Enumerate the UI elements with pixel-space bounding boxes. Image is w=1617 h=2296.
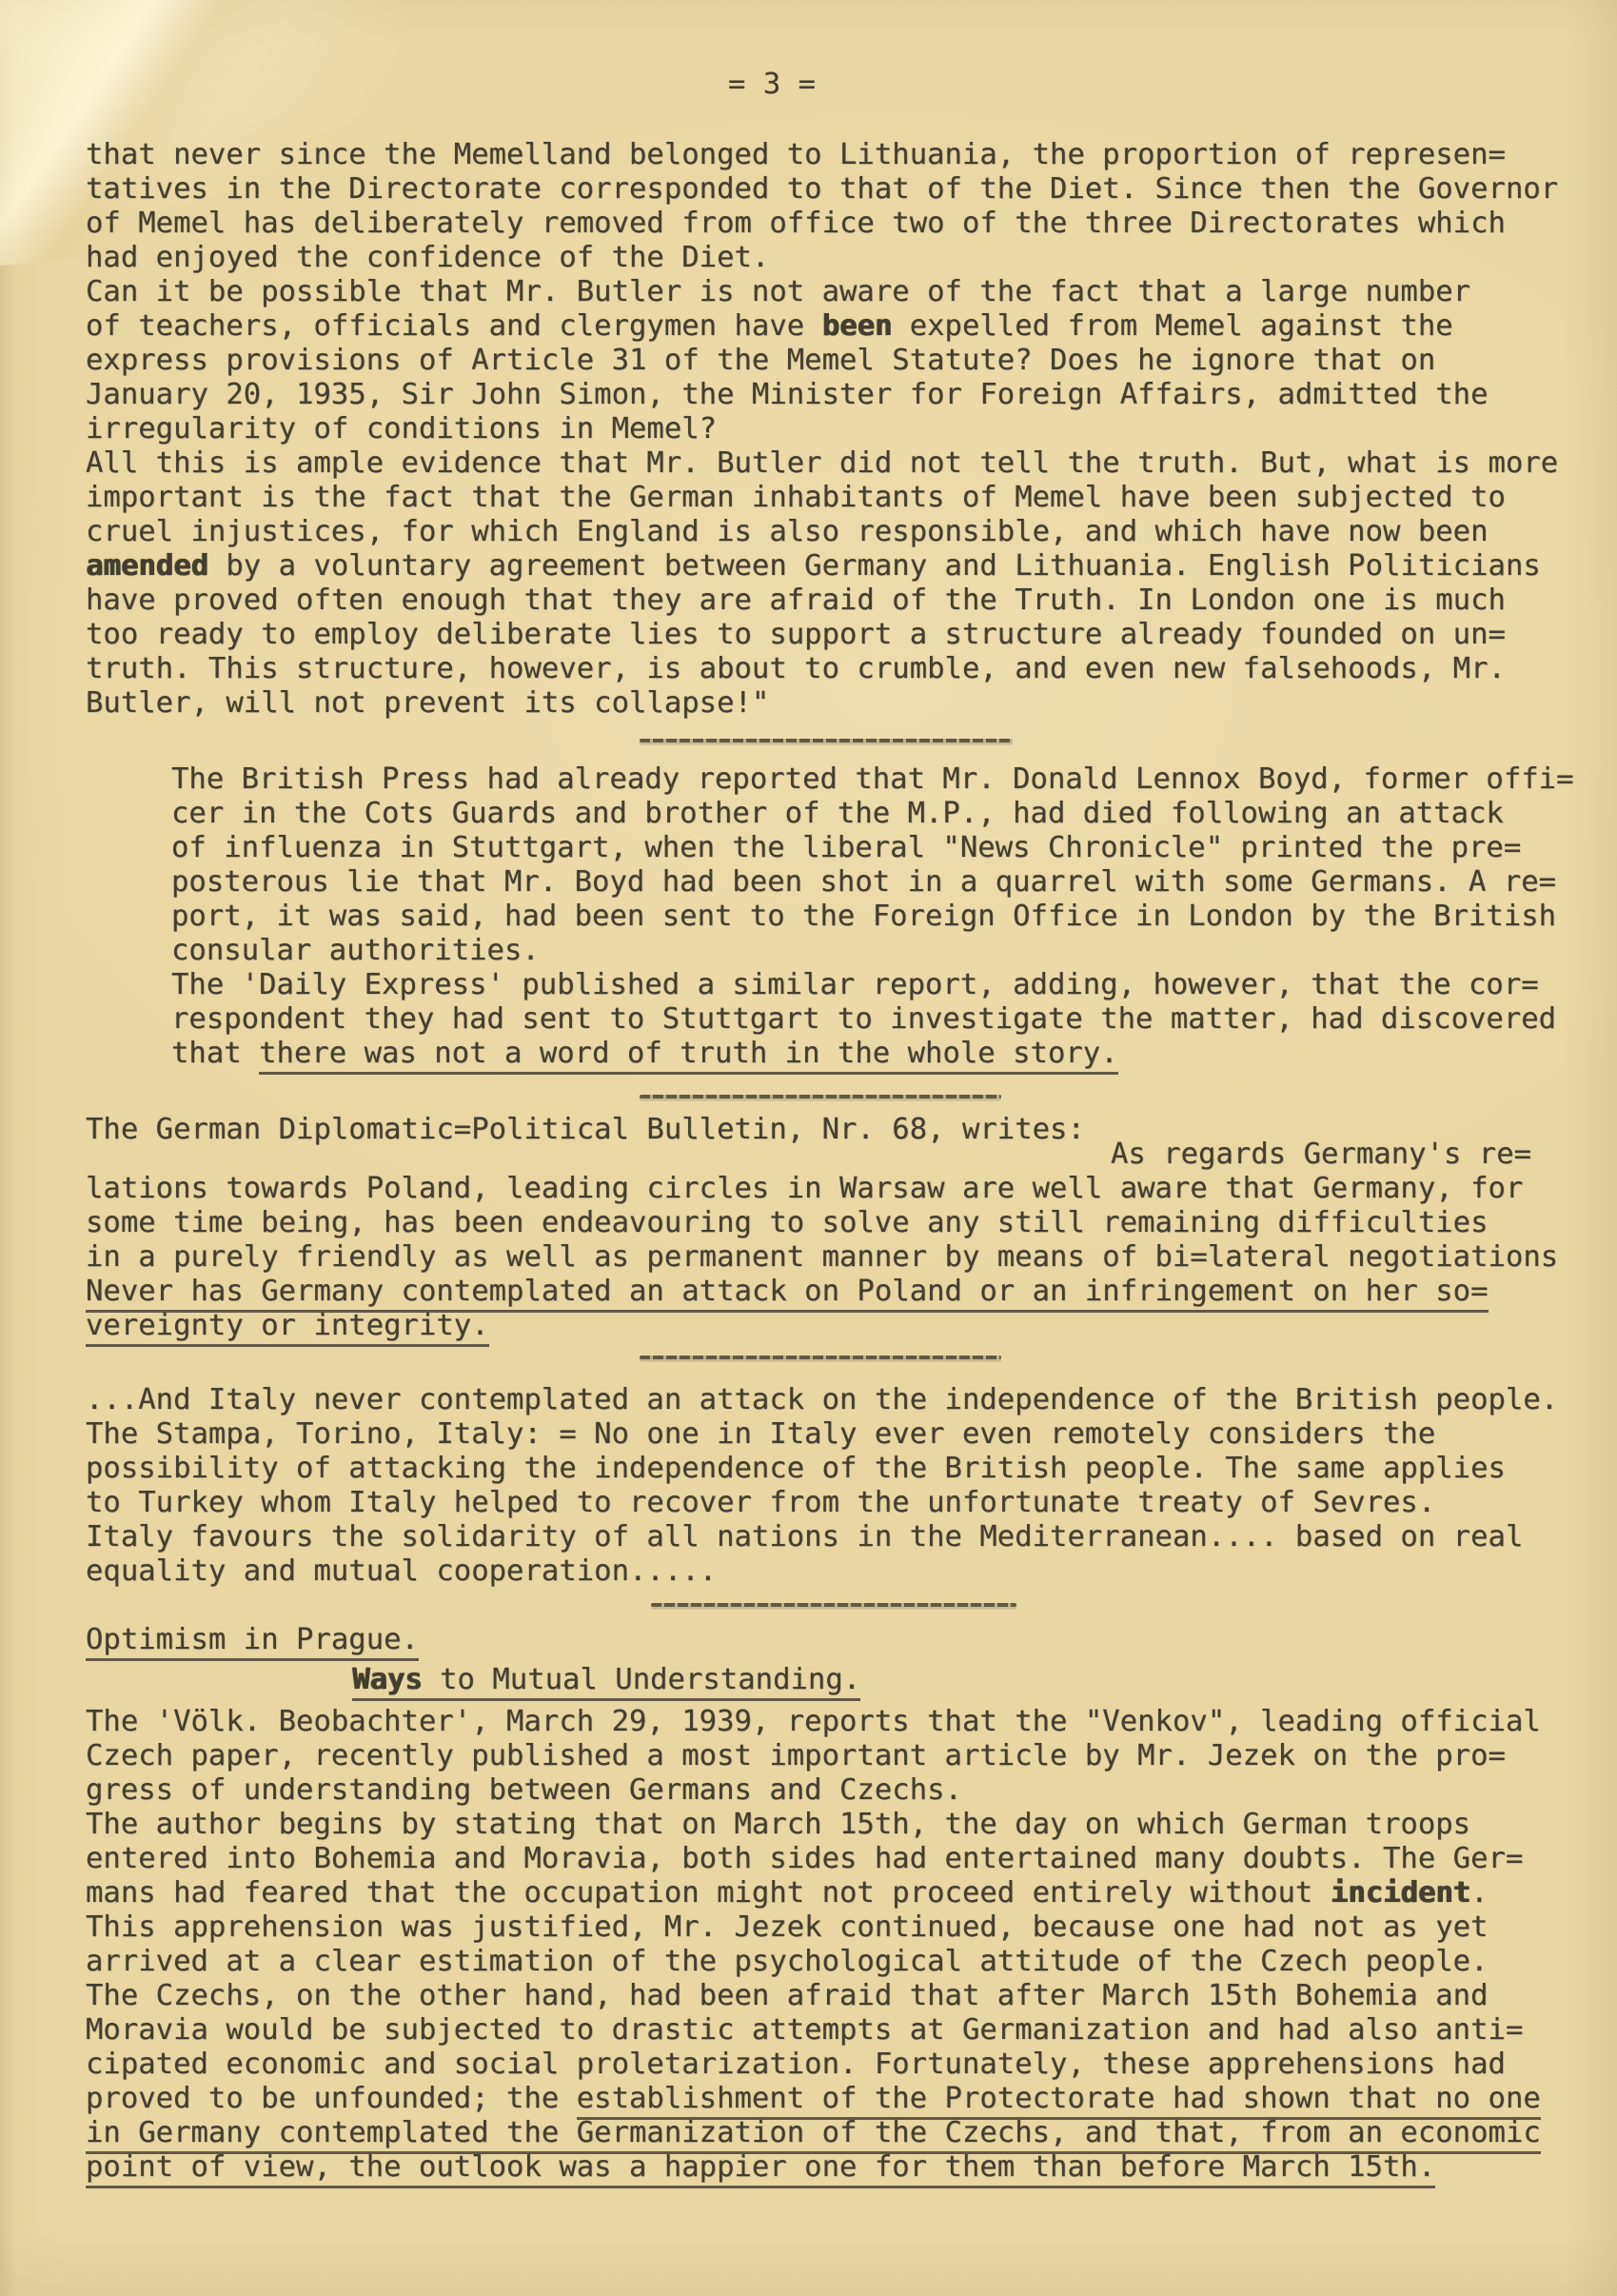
text-segment: consular authorities. <box>171 934 540 967</box>
text-line: have proved often enough that they are a… <box>86 584 1558 618</box>
text-segment: been <box>822 309 893 343</box>
text-segment: that <box>171 1037 259 1070</box>
bulletin-intro-line: The German Diplomatic=Political Bulletin… <box>86 1113 1085 1147</box>
text-segment: Moravia would be subjected to drastic at… <box>86 2013 1523 2047</box>
text-segment: The 'Daily Express' published a similar … <box>171 968 1539 1001</box>
text-segment: tatives in the Directorate corresponded … <box>86 172 1558 206</box>
text-segment: entered into Bohemia and Moravia, both s… <box>86 1842 1523 1875</box>
text-line: Can it be possible that Mr. Butler is no… <box>86 275 1558 309</box>
text-line: arrived at a clear estimation of the psy… <box>86 1945 1541 1979</box>
text-line: that never since the Memelland belonged … <box>86 138 1558 172</box>
text-segment: had enjoyed the confidence of the Diet. <box>86 241 769 274</box>
text-line: The German Diplomatic=Political Bulletin… <box>86 1113 1085 1147</box>
heading-optimism-in-prague: Optimism in Prague. <box>86 1623 419 1657</box>
text-segment: All this is ample evidence that Mr. Butl… <box>86 446 1558 480</box>
text-segment: in a purely friendly as well as permanen… <box>86 1240 1558 1274</box>
text-line: cipated economic and social proletarizat… <box>86 2048 1541 2082</box>
text-line: Optimism in Prague. <box>86 1623 419 1657</box>
text-line: The British Press had already reported t… <box>171 762 1574 797</box>
text-segment: The author begins by stating that on Mar… <box>86 1808 1470 1841</box>
underlined-text: point of view, the outlook was a happier… <box>86 2150 1435 2188</box>
text-line: posterous lie that Mr. Boyd had been sho… <box>171 865 1574 900</box>
text-segment: express provisions of Article 31 of the … <box>86 344 1435 377</box>
underlined-text: there was not a word of truth in the who… <box>259 1037 1118 1075</box>
text-line: that there was not a word of truth in th… <box>171 1037 1574 1071</box>
text-line: important is the fact that the German in… <box>86 481 1558 515</box>
text-line: too ready to employ deliberate lies to s… <box>86 618 1558 652</box>
text-line: lations towards Poland, leading circles … <box>86 1172 1558 1206</box>
text-line: port, it was said, had been sent to the … <box>171 900 1574 934</box>
text-line: The 'Daily Express' published a similar … <box>171 968 1574 1002</box>
text-segment: Italy favours the solidarity of all nati… <box>86 1520 1523 1554</box>
text-segment: respondent they had sent to Stuttgart to… <box>171 1002 1556 1036</box>
underlined-text: Optimism in Prague. <box>86 1623 419 1661</box>
text-line: truth. This structure, however, is about… <box>86 652 1558 686</box>
paragraph-british-press: The British Press had already reported t… <box>171 762 1574 1071</box>
text-line: Czech paper, recently published a most i… <box>86 1739 1541 1773</box>
section-divider-rule <box>640 1356 1001 1359</box>
underlined-text: in Germany contemplated the Germanizatio… <box>86 2116 1541 2154</box>
text-segment: port, it was said, had been sent to the … <box>171 900 1556 933</box>
text-segment: The British Press had already reported t… <box>171 762 1574 796</box>
text-segment: incident <box>1331 1876 1470 1910</box>
text-segment: . <box>1470 1876 1488 1910</box>
underlined-text: to Mutual Understanding. <box>423 1663 860 1701</box>
text-line: amended by a voluntary agreement between… <box>86 549 1558 584</box>
text-line: irregularity of conditions in Memel? <box>86 412 1558 446</box>
text-segment: possibility of attacking the independenc… <box>86 1452 1506 1485</box>
underlined-text: establishment of the Protectorate had sh… <box>577 2082 1541 2120</box>
text-segment: Butler, will not prevent its collapse!" <box>86 686 769 720</box>
text-segment: ...And Italy never contemplated an attac… <box>86 1383 1558 1416</box>
text-line: vereignty or integrity. <box>86 1309 1558 1343</box>
bulletin-offset-line: As regards Germany's re= <box>1111 1138 1531 1172</box>
text-line: This apprehension was justified, Mr. Jez… <box>86 1910 1541 1945</box>
text-line: to Turkey whom Italy helped to recover f… <box>86 1486 1558 1520</box>
text-line: equality and mutual cooperation..... <box>86 1554 1558 1589</box>
text-segment: proved to be unfounded; the <box>86 2082 577 2115</box>
text-line: Ways to Mutual Understanding. <box>352 1663 860 1697</box>
text-segment: truth. This structure, however, is about… <box>86 652 1506 685</box>
page-number: = 3 = <box>728 68 816 102</box>
text-line: Butler, will not prevent its collapse!" <box>86 686 1558 721</box>
text-segment: The Stampa, Torino, Italy: = No one in I… <box>86 1417 1435 1451</box>
text-line: possibility of attacking the independenc… <box>86 1452 1558 1486</box>
text-line: January 20, 1935, Sir John Simon, the Mi… <box>86 378 1558 412</box>
text-segment: mans had feared that the occupation migh… <box>86 1876 1331 1910</box>
section-divider-rule <box>651 1603 1016 1607</box>
underlined-text: Never has Germany contemplated an attack… <box>86 1275 1489 1313</box>
text-segment: equality and mutual cooperation..... <box>86 1554 717 1588</box>
paragraph-italy: ...And Italy never contemplated an attac… <box>86 1383 1558 1589</box>
text-segment: arrived at a clear estimation of the psy… <box>86 1945 1489 1978</box>
text-line: The 'Völk. Beobachter', March 29, 1939, … <box>86 1705 1541 1739</box>
text-line: in a purely friendly as well as permanen… <box>86 1240 1558 1275</box>
text-line: cruel injustices, for which England is a… <box>86 515 1558 549</box>
text-segment: of influenza in Stuttgart, when the libe… <box>171 831 1521 864</box>
text-line: consular authorities. <box>171 934 1574 968</box>
text-segment: cer in the Cots Guards and brother of th… <box>171 797 1504 830</box>
text-segment: to Turkey whom Italy helped to recover f… <box>86 1486 1435 1519</box>
text-line: Moravia would be subjected to drastic at… <box>86 2013 1541 2048</box>
text-segment: of Memel has deliberately removed from o… <box>86 207 1506 240</box>
text-line: entered into Bohemia and Moravia, both s… <box>86 1842 1541 1876</box>
text-line: respondent they had sent to Stuttgart to… <box>171 1002 1574 1037</box>
text-line: As regards Germany's re= <box>1111 1138 1531 1172</box>
text-segment: some time being, has been endeavouring t… <box>86 1206 1489 1239</box>
text-segment: This apprehension was justified, Mr. Jez… <box>86 1910 1489 1944</box>
text-segment: too ready to employ deliberate lies to s… <box>86 618 1506 651</box>
text-segment: As regards Germany's re= <box>1111 1138 1531 1171</box>
paragraph-bulletin: lations towards Poland, leading circles … <box>86 1172 1558 1343</box>
text-line: Never has Germany contemplated an attack… <box>86 1275 1558 1309</box>
text-segment: lations towards Poland, leading circles … <box>86 1172 1523 1205</box>
text-segment: posterous lie that Mr. Boyd had been sho… <box>171 865 1556 899</box>
text-line: tatives in the Directorate corresponded … <box>86 172 1558 207</box>
text-line: The author begins by stating that on Mar… <box>86 1808 1541 1842</box>
text-line: The Stampa, Torino, Italy: = No one in I… <box>86 1417 1558 1452</box>
text-segment: January 20, 1935, Sir John Simon, the Mi… <box>86 378 1489 411</box>
text-line: gress of understanding between Germans a… <box>86 1773 1541 1808</box>
text-line: mans had feared that the occupation migh… <box>86 1876 1541 1910</box>
text-line: point of view, the outlook was a happier… <box>86 2150 1541 2185</box>
text-line: had enjoyed the confidence of the Diet. <box>86 241 1558 275</box>
text-segment: have proved often enough that they are a… <box>86 584 1506 617</box>
text-line: All this is ample evidence that Mr. Butl… <box>86 446 1558 481</box>
text-line: of Memel has deliberately removed from o… <box>86 207 1558 241</box>
document-page: = 3 = that never since the Memelland bel… <box>0 0 1617 2296</box>
text-line: of teachers, officials and clergymen hav… <box>86 309 1558 344</box>
text-segment: irregularity of conditions in Memel? <box>86 412 717 445</box>
text-segment: that never since the Memelland belonged … <box>86 138 1506 171</box>
section-divider-rule <box>640 1095 1001 1099</box>
section-divider-rule <box>640 739 1013 742</box>
text-segment: amended <box>86 549 208 583</box>
text-segment: The Czechs, on the other hand, had been … <box>86 1979 1489 2012</box>
text-line: The Czechs, on the other hand, had been … <box>86 1979 1541 2013</box>
underlined-text: vereignty or integrity. <box>86 1309 489 1347</box>
text-line: Italy favours the solidarity of all nati… <box>86 1520 1558 1554</box>
text-line: cer in the Cots Guards and brother of th… <box>171 797 1574 831</box>
text-segment: cipated economic and social proletarizat… <box>86 2048 1506 2081</box>
paragraph-memel: that never since the Memelland belonged … <box>86 138 1558 721</box>
text-line: of influenza in Stuttgart, when the libe… <box>171 831 1574 865</box>
text-segment: The 'Völk. Beobachter', March 29, 1939, … <box>86 1705 1541 1738</box>
text-segment: by a voluntary agreement between Germany… <box>208 549 1541 583</box>
text-segment: important is the fact that the German in… <box>86 481 1506 514</box>
text-line: in Germany contemplated the Germanizatio… <box>86 2116 1541 2150</box>
text-line: ...And Italy never contemplated an attac… <box>86 1383 1558 1417</box>
text-segment: of teachers, officials and clergymen hav… <box>86 309 822 343</box>
text-segment: Can it be possible that Mr. Butler is no… <box>86 275 1470 308</box>
text-segment: gress of understanding between Germans a… <box>86 1773 962 1807</box>
subheading-ways-to-mutual-understanding: Ways to Mutual Understanding. <box>352 1663 860 1697</box>
text-segment: The German Diplomatic=Political Bulletin… <box>86 1113 1085 1146</box>
text-segment: cruel injustices, for which England is a… <box>86 515 1489 548</box>
text-line: some time being, has been endeavouring t… <box>86 1206 1558 1240</box>
paragraph-prague-article: The 'Völk. Beobachter', March 29, 1939, … <box>86 1705 1541 2185</box>
text-segment: expelled from Memel against the <box>892 309 1452 343</box>
underlined-text: Ways <box>352 1663 423 1701</box>
text-line: proved to be unfounded; the establishmen… <box>86 2082 1541 2116</box>
text-segment: Czech paper, recently published a most i… <box>86 1739 1506 1772</box>
text-line: express provisions of Article 31 of the … <box>86 344 1558 378</box>
